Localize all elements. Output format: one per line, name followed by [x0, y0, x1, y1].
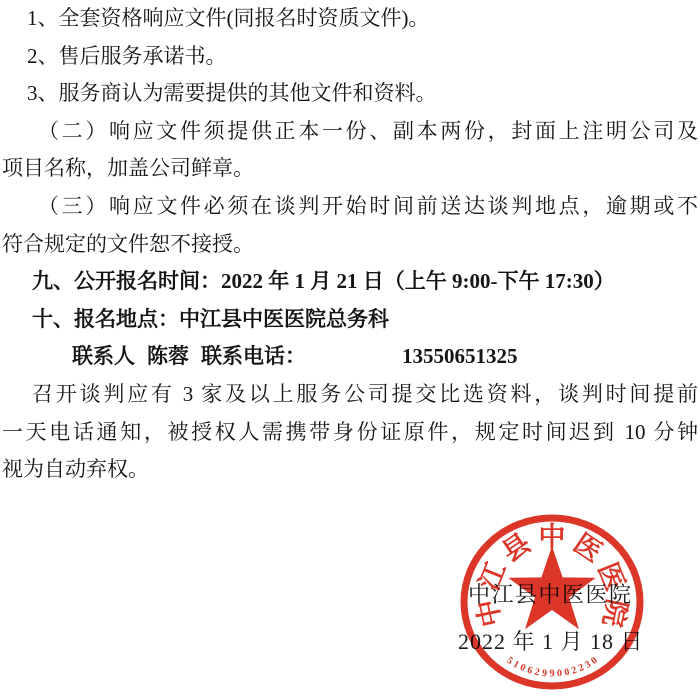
document-page: 1、全套资格响应文件(同报名时资质文件)。 2、售后服务承诺书。 3、服务商认为… [0, 0, 700, 696]
contact-person-label: 联系人 [72, 344, 135, 368]
negotiation-note-line-1: 召开谈判应有 3 家及以上服务公司提交比选资料，谈判时间提前 [2, 376, 698, 414]
svg-text:中: 中 [472, 597, 507, 630]
signup-time-line: 九、公开报名时间：2022 年 1 月 21 日（上午 9:00-下午 17:3… [2, 263, 698, 301]
document-body: 1、全套资格响应文件(同报名时资质文件)。 2、售后服务承诺书。 3、服务商认为… [0, 0, 700, 489]
negotiation-note-line-3: 视为自动弃权。 [2, 451, 698, 489]
contact-line: 联系人陈蓉联系电话：13550651325 [2, 338, 698, 376]
clause-2-line-2: 项目名称，加盖公司鲜章。 [2, 150, 698, 188]
svg-text:江: 江 [474, 558, 512, 594]
svg-text:2: 2 [533, 667, 540, 679]
svg-text:院: 院 [597, 597, 632, 630]
negotiation-note-line-2: 一天电话通知，被授权人需携带身份证原件，规定时间迟到 10 分钟 [2, 414, 698, 452]
contact-phone-label: 联系电话： [201, 344, 306, 368]
svg-text:9: 9 [541, 668, 547, 679]
svg-text:6: 6 [526, 665, 534, 677]
svg-text:医: 医 [592, 558, 630, 594]
list-item-1: 1、全套资格响应文件(同报名时资质文件)。 [2, 0, 698, 38]
contact-person-name: 陈蓉 [147, 344, 189, 368]
clause-3-line-2: 符合规定的文件恕不接授。 [2, 226, 698, 264]
official-seal: 中江县中医医院 5106299002230 [456, 503, 648, 695]
clause-2-line-1: （二）响应文件须提供正本一份、副本两份，封面上注明公司及 [2, 113, 698, 151]
svg-text:0: 0 [556, 668, 562, 679]
svg-text:中: 中 [539, 522, 566, 552]
clause-3-line-1: （三）响应文件必须在谈判开始时间前送达谈判地点，逾期或不 [2, 188, 698, 226]
svg-text:9: 9 [550, 669, 555, 680]
list-item-2: 2、售后服务承诺书。 [2, 38, 698, 76]
svg-text:0: 0 [563, 667, 570, 679]
contact-phone-number: 13550651325 [402, 344, 518, 368]
signup-location-line: 十、报名地点：中江县中医医院总务科 [2, 301, 698, 339]
list-item-3: 3、服务商认为需要提供的其他文件和资料。 [2, 75, 698, 113]
seal-code-text: 5106299002230 [504, 655, 599, 679]
